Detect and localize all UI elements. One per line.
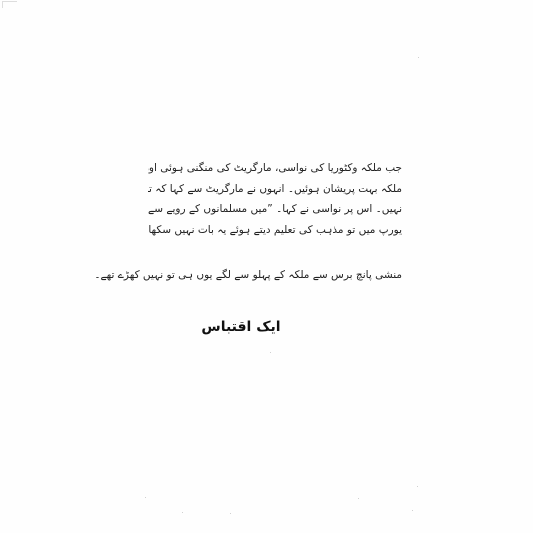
scan-speck bbox=[230, 513, 231, 514]
scanned-page: جب ملکہ وکٹوریا کی نواسی، مارگریٹ کی منگ… bbox=[0, 0, 533, 533]
scan-speck bbox=[417, 486, 418, 487]
passage-line-1: جب ملکہ وکٹوریا کی نواسی، مارگریٹ کی منگ… bbox=[148, 158, 402, 179]
passage-line-2: ملکہ بہت پریشان ہوئیں۔ انہوں نے مارگریٹ … bbox=[148, 179, 402, 200]
page-corner-mark bbox=[2, 1, 17, 8]
section-heading: ایک اقتباس bbox=[196, 316, 286, 338]
scan-speck bbox=[182, 512, 183, 513]
scan-speck bbox=[270, 352, 271, 353]
closing-sentence: منشی پانچ برس سے ملکہ کے پہلو سے لگے یوں… bbox=[190, 266, 402, 284]
quoted-passage: جب ملکہ وکٹوریا کی نواسی، مارگریٹ کی منگ… bbox=[148, 158, 402, 240]
passage-line-3: نہیں۔ اس پر نواسی نے کہا۔ ”میں مسلمانوں … bbox=[148, 199, 402, 220]
scan-speck bbox=[358, 498, 359, 499]
scan-speck bbox=[145, 497, 146, 498]
scan-speck bbox=[412, 510, 413, 511]
passage-line-4: یورپ میں تو مذہب کی تعلیم دیتے ہوئے یہ ب… bbox=[148, 220, 402, 241]
scan-speck bbox=[418, 57, 419, 58]
